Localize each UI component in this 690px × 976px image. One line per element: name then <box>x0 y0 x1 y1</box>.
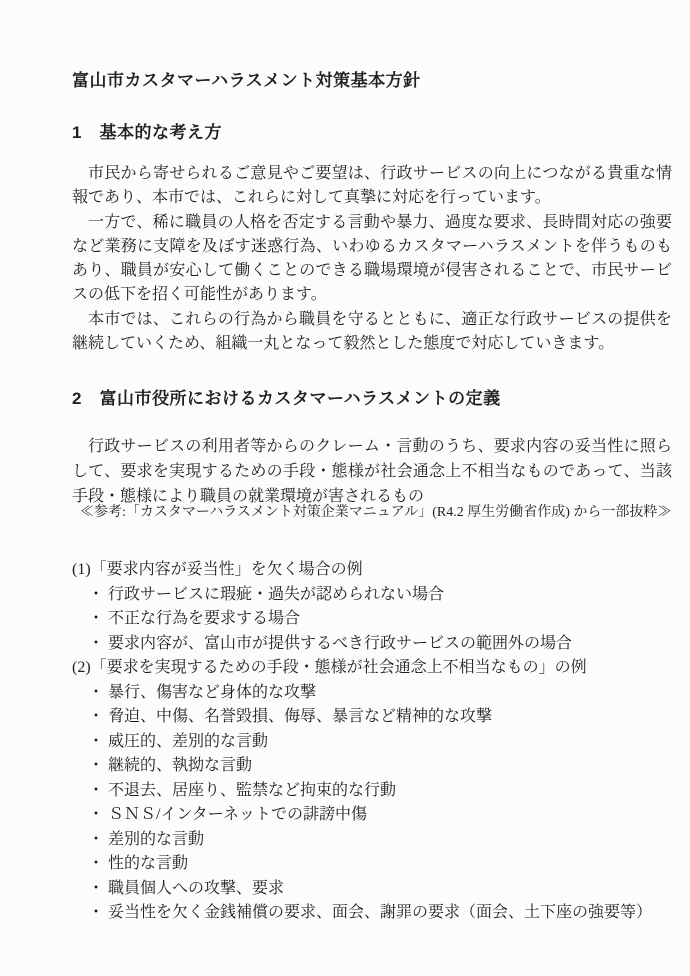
example-item: ・ 不退去、居座り、監禁など拘束的な行動 <box>72 779 672 804</box>
example-item-text: 職員個人への攻撃、要求 <box>108 880 284 897</box>
section-1-heading: 1 基本的な考え方 <box>72 118 672 143</box>
paragraph: 市民から寄せられるご意見やご要望は、行政サービスの向上につながる貴重な情報であり… <box>72 162 672 211</box>
example-item-text: 暴行、傷害など身体的な攻撃 <box>108 684 316 701</box>
example-item: ・ 性的な言動 <box>72 852 672 877</box>
example-item-text: 不退去、居座り、監禁など拘束的な行動 <box>108 782 396 799</box>
example-item-text: 要求内容が、富山市が提供するべき行政サービスの範囲外の場合 <box>108 635 572 652</box>
bullet-dot-icon: ・ <box>88 607 104 632</box>
example-group-2-label: (2)「要求を実現するための手段・態様が社会通念上不相当なもの」の例 <box>72 656 672 681</box>
example-item: ・ 威圧的、差別的な言動 <box>72 730 672 755</box>
bullet-dot-icon: ・ <box>88 828 104 853</box>
bullet-dot-icon: ・ <box>88 730 104 755</box>
example-item-text: 妥当性を欠く金銭補償の要求、面会、謝罪の要求（面会、土下座の強要等） <box>108 904 652 921</box>
example-item: ・ ＳＮＳ/インターネットでの誹謗中傷 <box>72 803 672 828</box>
bullet-dot-icon: ・ <box>88 877 104 902</box>
bullet-dot-icon: ・ <box>88 901 104 926</box>
example-list: (1)「要求内容が妥当性」を欠く場合の例 ・ 行政サービスに瑕疵・過失が認められ… <box>72 558 672 926</box>
example-item-text: 性的な言動 <box>108 855 188 872</box>
bullet-dot-icon: ・ <box>88 803 104 828</box>
example-group-1-items: ・ 行政サービスに瑕疵・過失が認められない場合 ・ 不正な行為を要求する場合 ・… <box>72 583 672 657</box>
bullet-dot-icon: ・ <box>88 705 104 730</box>
example-item: ・ 継続的、執拗な言動 <box>72 754 672 779</box>
definition-paragraph: 行政サービスの利用者等からのクレーム・言動のうち、要求内容の妥当性に照らして、要… <box>72 434 672 509</box>
example-item-text: 不正な行為を要求する場合 <box>108 610 300 627</box>
bullet-dot-icon: ・ <box>88 583 104 608</box>
example-item: ・ 差別的な言動 <box>72 828 672 853</box>
example-item: ・ 要求内容が、富山市が提供するべき行政サービスの範囲外の場合 <box>72 632 672 657</box>
reference-note: ≪参考:「カスタマーハラスメント対策企業マニュアル」(R4.2 厚生労働省作成)… <box>80 503 660 523</box>
document-title: 富山市カスタマーハラスメント対策基本方針 <box>72 66 672 91</box>
example-item: ・ 脅迫、中傷、名誉毀損、侮辱、暴言など精神的な攻撃 <box>72 705 672 730</box>
example-item-text: 威圧的、差別的な言動 <box>108 733 268 750</box>
example-item-text: 行政サービスに瑕疵・過失が認められない場合 <box>108 586 444 603</box>
example-item: ・ 職員個人への攻撃、要求 <box>72 877 672 902</box>
section-2-heading: 2 富山市役所におけるカスタマーハラスメントの定義 <box>72 384 672 409</box>
document-page: 富山市カスタマーハラスメント対策基本方針 1 基本的な考え方 市民から寄せられる… <box>0 0 690 976</box>
paragraph: 本市では、これらの行為から職員を守るとともに、適正な行政サービスの提供を継続して… <box>72 308 672 357</box>
example-item: ・ 行政サービスに瑕疵・過失が認められない場合 <box>72 583 672 608</box>
bullet-dot-icon: ・ <box>88 754 104 779</box>
example-group-2-items: ・ 暴行、傷害など身体的な攻撃 ・ 脅迫、中傷、名誉毀損、侮辱、暴言など精神的な… <box>72 681 672 926</box>
section-1-body: 市民から寄せられるご意見やご要望は、行政サービスの向上につながる貴重な情報であり… <box>72 162 672 356</box>
example-item: ・ 暴行、傷害など身体的な攻撃 <box>72 681 672 706</box>
example-item: ・ 不正な行為を要求する場合 <box>72 607 672 632</box>
example-item-text: 継続的、執拗な言動 <box>108 757 252 774</box>
bullet-dot-icon: ・ <box>88 852 104 877</box>
bullet-dot-icon: ・ <box>88 779 104 804</box>
example-item-text: 差別的な言動 <box>108 831 204 848</box>
example-item: ・ 妥当性を欠く金銭補償の要求、面会、謝罪の要求（面会、土下座の強要等） <box>72 901 672 926</box>
paragraph: 行政サービスの利用者等からのクレーム・言動のうち、要求内容の妥当性に照らして、要… <box>72 434 672 509</box>
paragraph: 一方で、稀に職員の人格を否定する言動や暴力、過度な要求、長時間対応の強要など業務… <box>72 211 672 308</box>
example-item-text: ＳＮＳ/インターネットでの誹謗中傷 <box>108 806 367 823</box>
bullet-dot-icon: ・ <box>88 632 104 657</box>
example-item-text: 脅迫、中傷、名誉毀損、侮辱、暴言など精神的な攻撃 <box>108 708 492 725</box>
example-group-1-label: (1)「要求内容が妥当性」を欠く場合の例 <box>72 558 672 583</box>
bullet-dot-icon: ・ <box>88 681 104 706</box>
